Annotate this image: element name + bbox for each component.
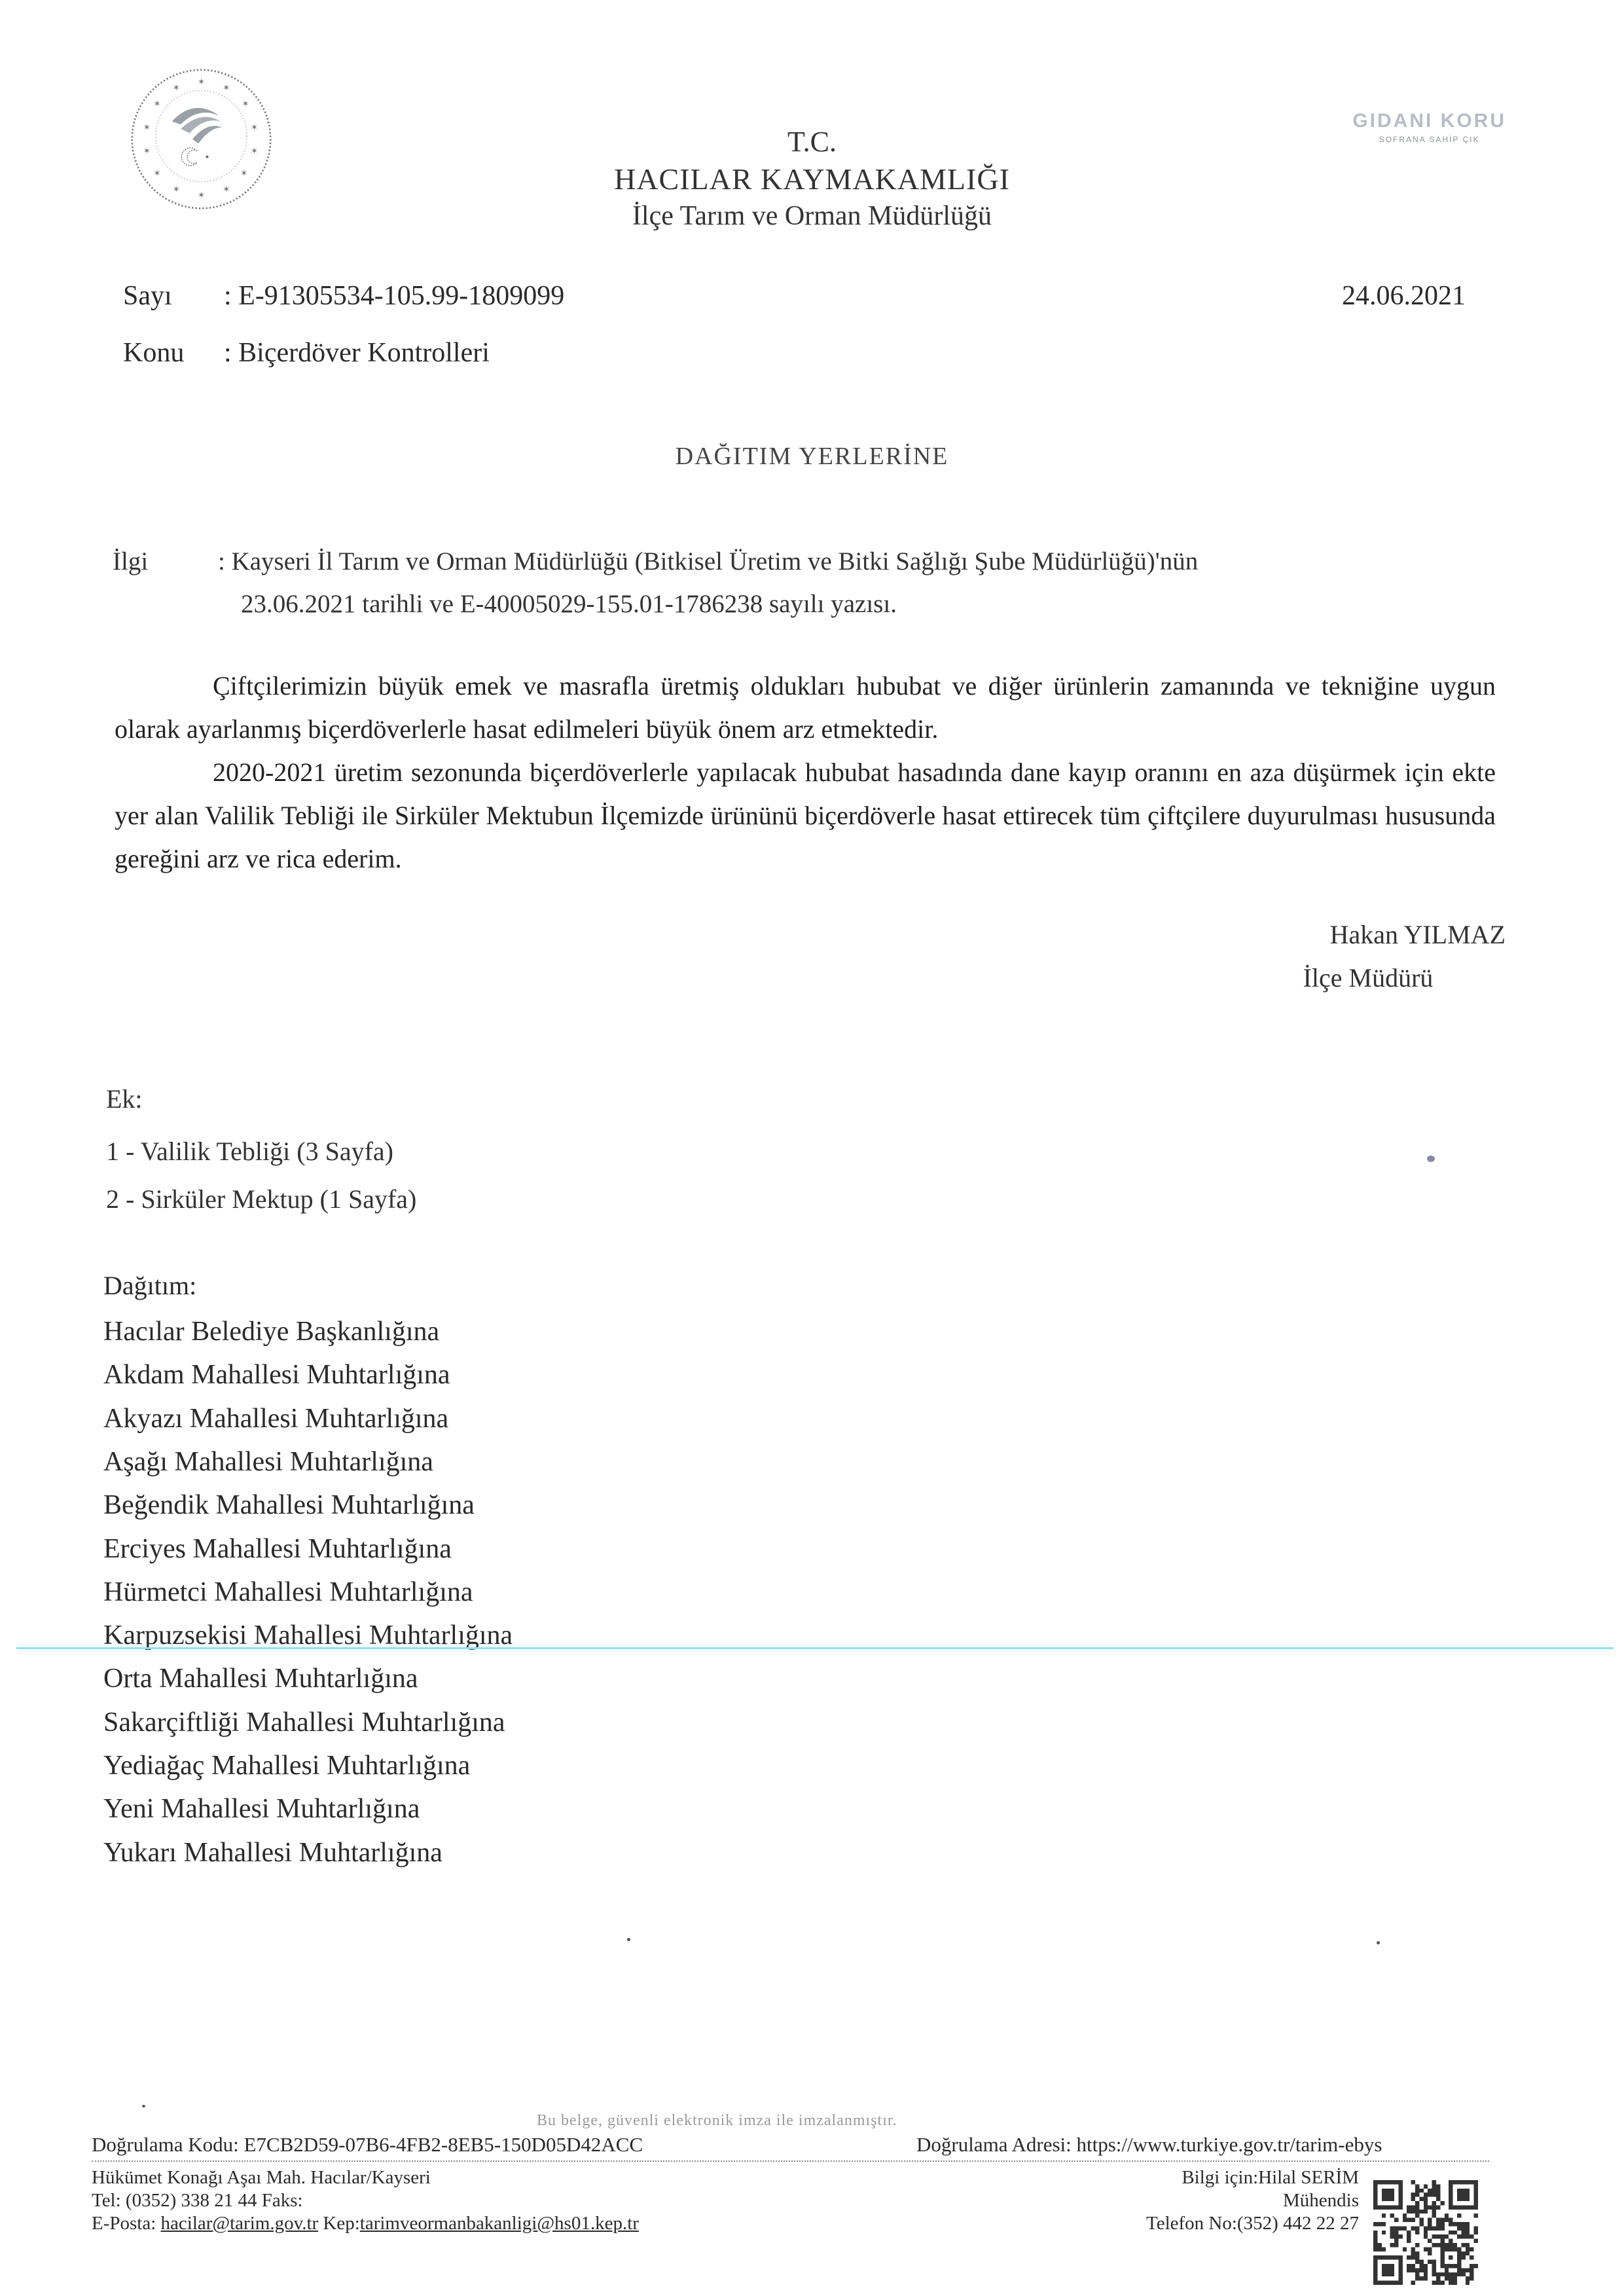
- esign-note: Bu belge, güvenli elektronik imza ile im…: [537, 2112, 897, 2130]
- attachment-item: 2 - Sirküler Mektup (1 Sayfa): [106, 1184, 416, 1214]
- konu-label: Konu: [123, 337, 184, 369]
- header-institution: HACILAR KAYMAKAMLIĞI: [0, 164, 1624, 194]
- distribution-item: Hürmetci Mahallesi Muhtarlığına: [103, 1576, 473, 1608]
- body-paragraph-1-text: Çiftçilerimizin büyük emek ve masrafla ü…: [115, 671, 1496, 744]
- scan-speck: [142, 2105, 145, 2107]
- distribution-item: Orta Mahallesi Muhtarlığına: [103, 1663, 418, 1694]
- footer-contact: E-Posta: hacilar@tarim.gov.tr Kep:tarimv…: [92, 2213, 639, 2234]
- distribution-item: Yeni Mahallesi Muhtarlığına: [103, 1793, 420, 1825]
- header-tc: T.C.: [0, 128, 1624, 156]
- scan-speck: [1377, 1941, 1380, 1944]
- scan-artifact-line: [16, 1647, 1614, 1649]
- email-link[interactable]: hacilar@tarim.gov.tr: [161, 2213, 319, 2234]
- svg-text:✶: ✶: [173, 82, 180, 93]
- kep-link[interactable]: tarimveormanbakanligi@hs01.kep.tr: [360, 2213, 639, 2234]
- signatory-title: İlçe Müdürü: [1231, 957, 1506, 1000]
- info-title: Mühendis: [1283, 2190, 1359, 2212]
- sayi-label: Sayı: [123, 280, 172, 312]
- distribution-item: Yukarı Mahallesi Muhtarlığına: [103, 1837, 442, 1868]
- verification-address[interactable]: Doğrulama Adresi: https://www.turkiye.go…: [916, 2133, 1382, 2157]
- svg-text:✶: ✶: [153, 99, 160, 109]
- footer-address: Hükümet Konağı Aşaı Mah. Hacılar/Kayseri: [92, 2167, 431, 2189]
- document-date: 24.06.2021: [1342, 280, 1466, 312]
- sayi-value: : E-91305534-105.99-1809099: [224, 280, 564, 312]
- scan-speck: [627, 1938, 630, 1941]
- distribution-item: Beğendik Mahallesi Muhtarlığına: [103, 1489, 475, 1521]
- attachments-label: Ek:: [106, 1084, 143, 1114]
- footer-divider: [92, 2160, 1489, 2162]
- ilgi-line-2: 23.06.2021 tarihli ve E-40005029-155.01-…: [241, 589, 897, 619]
- email-label: E-Posta:: [92, 2213, 161, 2234]
- verification-code: Doğrulama Kodu: E7CB2D59-07B6-4FB2-8EB5-…: [92, 2133, 643, 2157]
- svg-text:✶: ✶: [242, 99, 249, 109]
- distribution-item: Karpuzsekisi Mahallesi Muhtarlığına: [103, 1620, 513, 1651]
- svg-text:✶: ✶: [198, 77, 205, 87]
- attachment-item: 1 - Valilik Tebliği (3 Sayfa): [106, 1136, 393, 1167]
- ilgi-line-1: : Kayseri İl Tarım ve Orman Müdürlüğü (B…: [218, 547, 1198, 576]
- distribution-item: Hacılar Belediye Başkanlığına: [103, 1316, 439, 1347]
- distribution-item: Akdam Mahallesi Muhtarlığına: [103, 1359, 450, 1391]
- ilgi-label: İlgi: [113, 547, 148, 576]
- kep-label: Kep:: [318, 2213, 360, 2234]
- distribution-item: Yediağaç Mahallesi Muhtarlığına: [103, 1750, 470, 1781]
- info-contact: Bilgi için:Hilal SERİM: [1182, 2167, 1359, 2189]
- konu-value: : Biçerdöver Kontrolleri: [224, 337, 490, 369]
- distribution-item: Erciyes Mahallesi Muhtarlığına: [103, 1533, 452, 1565]
- footer-phone-fax: Tel: (0352) 338 21 44 Faks:: [92, 2190, 303, 2212]
- header-department: İlçe Tarım ve Orman Müdürlüğü: [0, 202, 1624, 230]
- letterhead: T.C. HACILAR KAYMAKAMLIĞI İlçe Tarım ve …: [0, 128, 1624, 230]
- signature-block: Hakan YILMAZ İlçe Müdürü: [1231, 913, 1506, 1000]
- body-paragraph-1: Çiftçilerimizin büyük emek ve masrafla ü…: [115, 665, 1496, 751]
- qr-code-icon[interactable]: [1373, 2180, 1478, 2285]
- scan-speck: [1427, 1156, 1435, 1162]
- signatory-name: Hakan YILMAZ: [1231, 913, 1506, 957]
- distribution-item: Akyazı Mahallesi Muhtarlığına: [103, 1403, 448, 1434]
- svg-text:✶: ✶: [223, 82, 230, 93]
- distribution-item: Sakarçiftliği Mahallesi Muhtarlığına: [103, 1707, 505, 1738]
- distribution-item: Aşağı Mahallesi Muhtarlığına: [103, 1446, 433, 1478]
- recipient-title: DAĞITIM YERLERİNE: [0, 442, 1624, 471]
- body-paragraph-2: 2020-2021 üretim sezonunda biçerdöverler…: [115, 751, 1496, 881]
- distribution-label: Dağıtım:: [103, 1270, 196, 1301]
- info-phone: Telefon No:(352) 442 22 27: [1146, 2213, 1359, 2234]
- body-paragraph-2-text: 2020-2021 üretim sezonunda biçerdöverler…: [115, 757, 1496, 873]
